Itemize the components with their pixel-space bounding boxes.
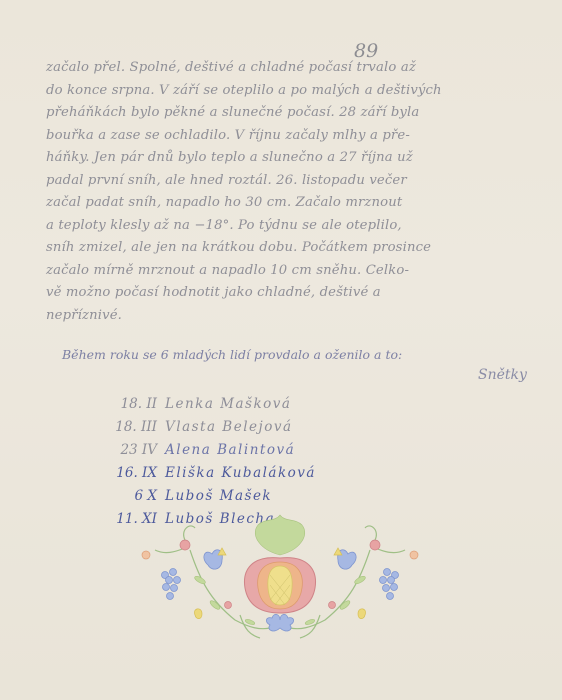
wedding-name: Eliška Kubaláková (165, 462, 316, 485)
paragraph-line: nepříznivé. (46, 305, 466, 328)
paragraph-line: vě možno počasí hodnotit jako chladné, d… (46, 282, 466, 305)
paragraph-line: padal první sníh, ale hned roztál. 26. l… (46, 170, 466, 193)
wedding-name: Vlasta Belejová (165, 416, 293, 439)
wedding-name: Alena Balintová (165, 439, 295, 462)
wedding-row: 6 X Luboš Mašek (95, 485, 316, 508)
signature: Snětky (478, 367, 527, 383)
wedding-date: 6 X (95, 485, 165, 508)
wedding-row: 18. II Lenka Mašková (95, 393, 316, 416)
wedding-row: 18. III Vlasta Belejová (95, 416, 316, 439)
floral-ornament-icon (140, 510, 420, 660)
paragraph-line: začal padat sníh, napadlo ho 30 cm. Zača… (46, 192, 466, 215)
wedding-name: Luboš Mašek (165, 485, 272, 508)
paragraph-line: bouřka a zase se ochladilo. V říjnu zača… (46, 125, 466, 148)
wedding-date: 23 IV (95, 439, 165, 462)
weddings-intro: Během roku se 6 mladých lidí provdalo a … (62, 347, 402, 362)
paragraph-line: do konce srpna. V září se oteplilo a po … (46, 80, 466, 103)
wedding-date: 16. IX (95, 462, 165, 485)
paragraph-line: sníh zmizel, ale jen na krátkou dobu. Po… (46, 237, 466, 260)
wedding-date: 18. II (95, 393, 165, 416)
paragraph-line: začalo mírně mrznout a napadlo 10 cm sně… (46, 260, 466, 283)
wedding-row: 23 IV Alena Balintová (95, 439, 316, 462)
paragraph-line: přeháňkách bylo pěkné a slunečné počasí.… (46, 102, 466, 125)
wedding-name: Lenka Mašková (165, 393, 291, 416)
wedding-date: 18. III (95, 416, 165, 439)
paragraph-line: začalo přel. Spolné, deštivé a chladné p… (46, 57, 466, 80)
paragraph-line: háňky. Jen pár dnů bylo teplo a slunečno… (46, 147, 466, 170)
paragraph-line: a teploty klesly až na −18°. Po týdnu se… (46, 215, 466, 238)
weather-paragraph: začalo přel. Spolné, deštivé a chladné p… (46, 57, 466, 327)
wedding-row: 16. IX Eliška Kubaláková (95, 462, 316, 485)
handwritten-chronicle-page: 89 začalo přel. Spolné, deštivé a chladn… (0, 0, 562, 700)
